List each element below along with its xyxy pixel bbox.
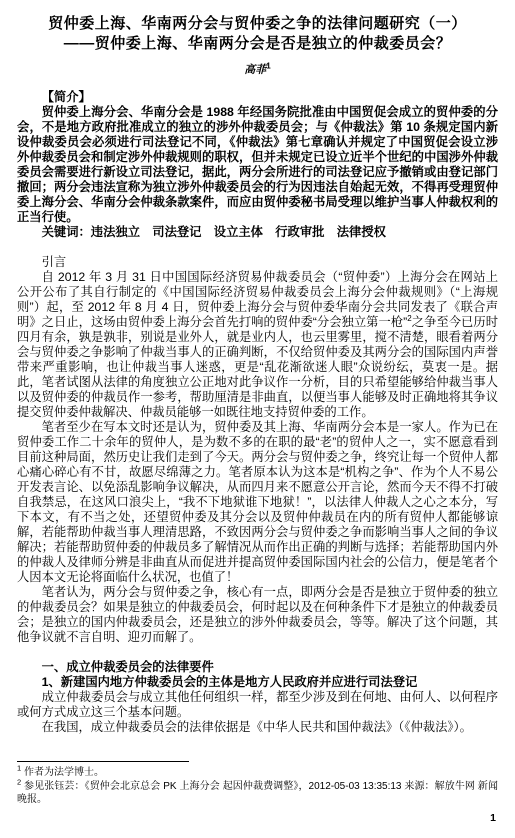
intro-paragraph-3: 笔者认为，两分会与贸仲委之争，核心有一点，即两分会是否是独立于贸仲委的独立的仲裁… [17,585,498,645]
footnote-1: 1 作者为法学博士。 [17,766,498,780]
keywords-value: 违法独立 司法登记 设立主体 行政审批 法律授权 [91,225,386,239]
footnote-2-marker: 2 [17,777,21,786]
abstract-label: 【简介】 [17,90,498,105]
intro-paragraph-2: 笔者至少在写本文时还是认为，贸仲委及其上海、华南两分会本是一家人。作为已在贸仲委… [17,420,498,585]
page-number: 1 [490,812,496,824]
author-line: 高菲1 [17,63,498,77]
section-1-heading: 一、成立仲裁委员会的法律要件 [17,660,498,675]
author-name: 高菲 [244,64,266,76]
title-line-2: ——贸仲委上海、华南两分会是否是独立的仲裁委员会？ [17,34,498,54]
paper-title: 贸仲委上海、华南两分会与贸仲委之争的法律问题研究（一） ——贸仲委上海、华南两分… [17,14,498,54]
introduction-heading: 引言 [17,255,498,270]
abstract-section: 【简介】 贸仲委上海分会、华南分会是 1988 年经国务院批准由中国贸促会成立的… [17,90,498,240]
footnote-1-marker: 1 [17,764,21,773]
title-line-1: 贸仲委上海、华南两分会与贸仲委之争的法律问题研究（一） [17,14,498,34]
section-1: 一、成立仲裁委员会的法律要件 1、新建国内地方仲裁委员会的主体是地方人民政府并应… [17,660,498,735]
section-1-paragraph-2: 在我国，成立仲裁委员会的法律依据是《中华人民共和国仲裁法》（《仲裁法》）。 [17,720,498,735]
section-1-subheading: 1、新建国内地方仲裁委员会的主体是地方人民政府并应进行司法登记 [17,675,498,690]
introduction-section: 引言 自 2012 年 3 月 31 日中国国际经济贸易仲裁委员会（“贸仲委”）… [17,255,498,645]
footnote-1-text: 作者为法学博士。 [24,767,104,778]
footnote-2: 2 参见张钰芸：《贸仲会北京总会 PK 上海分会 起因仲裁费调整》，2012-0… [17,780,498,807]
intro-paragraph-1: 自 2012 年 3 月 31 日中国国际经济贸易仲裁委员会（“贸仲委”）上海分… [17,270,498,420]
footnote-area: 1 作者为法学博士。 2 参见张钰芸：《贸仲会北京总会 PK 上海分会 起因仲裁… [17,761,498,807]
footnote-2-text: 参见张钰芸：《贸仲会北京总会 PK 上海分会 起因仲裁费调整》，2012-05-… [17,781,498,806]
abstract-body: 贸仲委上海分会、华南分会是 1988 年经国务院批准由中国贸促会成立的贸仲委的分… [17,105,498,225]
intro-paragraph-1-text-cont: 之争至今已历时四月有余，孰是孰非，别说是业外人，就是业内人，也云里雾里，搅不清楚… [17,315,498,419]
footnote-divider [17,761,189,762]
keywords-label: 关键词： [42,225,91,239]
author-footnote-ref: 1 [266,61,270,70]
keywords-line: 关键词：违法独立 司法登记 设立主体 行政审批 法律授权 [17,225,498,240]
document-page: 贸仲委上海、华南两分会与贸仲委之争的法律问题研究（一） ——贸仲委上海、华南两分… [0,0,515,838]
section-1-paragraph-1: 成立仲裁委员会与成立其他任何组织一样，都至少涉及到在何地、由何人、以何程序或何方… [17,690,498,720]
